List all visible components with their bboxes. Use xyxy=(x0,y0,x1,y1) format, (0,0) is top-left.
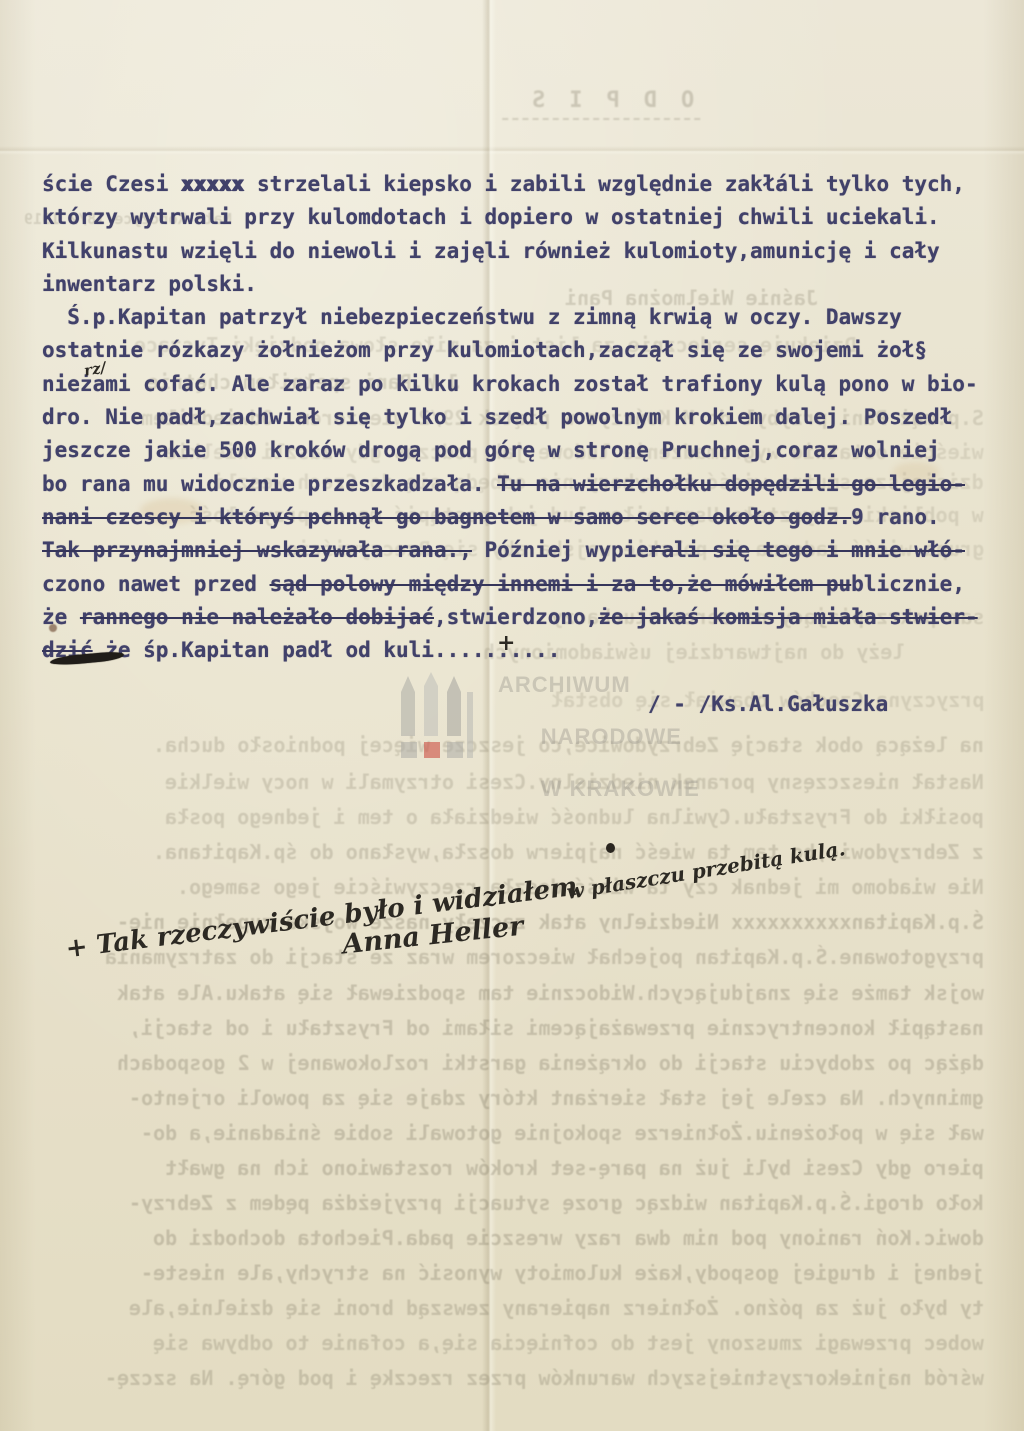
struck-text: Tak przynajmniej wskazywała rana., xyxy=(42,538,472,562)
typed-line: czono nawet przed sąd polowy między inne… xyxy=(42,568,978,601)
typed-text: którzy wytrwali przy kulomdotach i dopie… xyxy=(42,205,940,229)
typed-line: nani czescy i któryś pchnął go bagnetem … xyxy=(42,501,978,534)
ink-dot xyxy=(606,843,615,853)
typed-text: że xyxy=(42,605,80,629)
typed-signature: / - /Ks.Al.Gałuszka xyxy=(648,692,888,716)
watermark-line: ARCHIWUM xyxy=(498,672,631,697)
bleedthrough-line: wał się w położeniu.Żołnierze spokojnie … xyxy=(141,1121,984,1145)
bleedthrough-line: jednej i drugiej gospody,każe kulomioty … xyxy=(141,1261,984,1285)
bleedthrough-line: ty było już za późno. Żołnierz napierany… xyxy=(129,1296,984,1320)
struck-text: nani czescy i któryś pchnął go bagnetem … xyxy=(42,505,851,529)
bleedthrough-line: wobec przewagi zmuszony jest do cofnięci… xyxy=(153,1331,984,1355)
handwritten-reference-mark: + xyxy=(497,630,515,656)
typed-line: nieżami cofać. Ale zaraz po kilku krokac… xyxy=(42,368,978,401)
bleedthrough-line: wśród najniekorzystniejszych warunków pr… xyxy=(105,1366,984,1390)
archives-towers-logo-icon xyxy=(398,672,482,768)
typed-line: inwentarz polski. xyxy=(42,268,978,301)
bleedthrough-line: nastąpił koncentrycznie przeważającemi s… xyxy=(129,1016,984,1040)
typed-line: Kilkunastu wzięli do niewoli i zajęli ró… xyxy=(42,235,978,268)
typed-text: Kilkunastu wzięli do niewoli i zajęli ró… xyxy=(42,239,940,263)
typed-text: Ś.p.Kapitan patrzył niebezpieczeństwu z … xyxy=(42,305,902,329)
typed-line: dro. Nie padł,zachwiał się tylko i szedł… xyxy=(42,401,978,434)
typed-text: blicznie, xyxy=(851,572,965,596)
typed-line: ostatnie rózkazy żołnieżom przy kulomiot… xyxy=(42,334,978,367)
struck-text: sąd polowy między innemi i za to,że mówi… xyxy=(270,572,852,596)
bleedthrough-line: piero gdy Czesi byli już na parę-set kro… xyxy=(165,1156,984,1180)
struck-text: rannego nie należało dobijać xyxy=(80,605,434,629)
bleedthrough-line: gminnych. Na czele jej stał sierżant któ… xyxy=(129,1086,984,1110)
typed-text: ,że śp.Kapitan padł od kuli.......... xyxy=(93,638,561,662)
typed-text: nieżami cofać. Ale zaraz po kilku krokac… xyxy=(42,372,978,396)
struck-text: że jakaś komisja miała stwier- xyxy=(598,605,977,629)
typed-line: Ś.p.Kapitan patrzył niebezpieczeństwu z … xyxy=(42,301,978,334)
typed-text: jeszcze jakie 500 kroków drogą pod górę … xyxy=(42,438,940,462)
typed-text: Później wypie xyxy=(472,538,649,562)
typed-text: ,stwierdzono, xyxy=(434,605,598,629)
scanned-letter-page: ODPISMała Kończyce 18/2 1919Jaśnie Wielm… xyxy=(0,0,1024,1431)
typed-text: xxxxx xyxy=(181,172,244,196)
watermark-line: W KRAKOWIE xyxy=(541,776,700,801)
typed-text: strzelali kiepsko i zabili względnie zak… xyxy=(244,172,965,196)
typed-text: bo rana mu widocznie przeszkadzała. xyxy=(42,472,497,496)
typed-line: jeszcze jakie 500 kroków drogą pod górę … xyxy=(42,434,978,467)
typed-text: 9 rano. xyxy=(851,505,940,529)
typed-line: Tak przynajmniej wskazywała rana., Późni… xyxy=(42,534,978,567)
typed-line: bo rana mu widocznie przeszkadzała. Tu n… xyxy=(42,468,978,501)
typed-text: ście Czesi xyxy=(42,172,181,196)
handwritten-correction-mark: rz/ xyxy=(83,358,108,380)
bleedthrough-line: przygotowane.Ś.p.Kapitan pojechał wieczo… xyxy=(105,945,984,969)
bleedthrough-line: dążąc po zdobyciu stacji do okrążenia ga… xyxy=(117,1051,984,1075)
bleedthrough-line: koło drogi.Ś.p.Kapitan widząc grozę sytu… xyxy=(129,1191,984,1215)
bleedthrough-line: ODPIS xyxy=(502,88,700,120)
struck-text: Tu na wierzchołku dopędzili go legio- xyxy=(497,472,965,496)
typed-text: dro. Nie padł,zachwiał się tylko i szedł… xyxy=(42,405,952,429)
bleedthrough-line: posiłki do Fryształu.Cywilna ludność wie… xyxy=(165,805,984,829)
bleedthrough-line: dowic.Koń raniony pod nim dwa razy wresz… xyxy=(153,1226,984,1250)
typed-line: ście Czesi xxxxx strzelali kiepsko i zab… xyxy=(42,168,978,201)
typed-text: czono nawet przed xyxy=(42,572,270,596)
typed-body: ście Czesi xxxxx strzelali kiepsko i zab… xyxy=(42,168,978,667)
typed-text: ostatnie rózkazy żołnieżom przy kulomiot… xyxy=(42,338,927,362)
bleedthrough-line: z Zebrzydowic,bo tam ta wieść najpierw d… xyxy=(153,840,984,864)
bleedthrough-line: wojsk tamże się znajdujących.Widocznie t… xyxy=(117,981,984,1005)
struck-text: rali się tego i mnie włó- xyxy=(649,538,965,562)
typed-text: inwentarz polski. xyxy=(42,272,257,296)
typed-line: którzy wytrwali przy kulomdotach i dopie… xyxy=(42,201,978,234)
watermark-line: NARODOWE xyxy=(541,724,682,749)
